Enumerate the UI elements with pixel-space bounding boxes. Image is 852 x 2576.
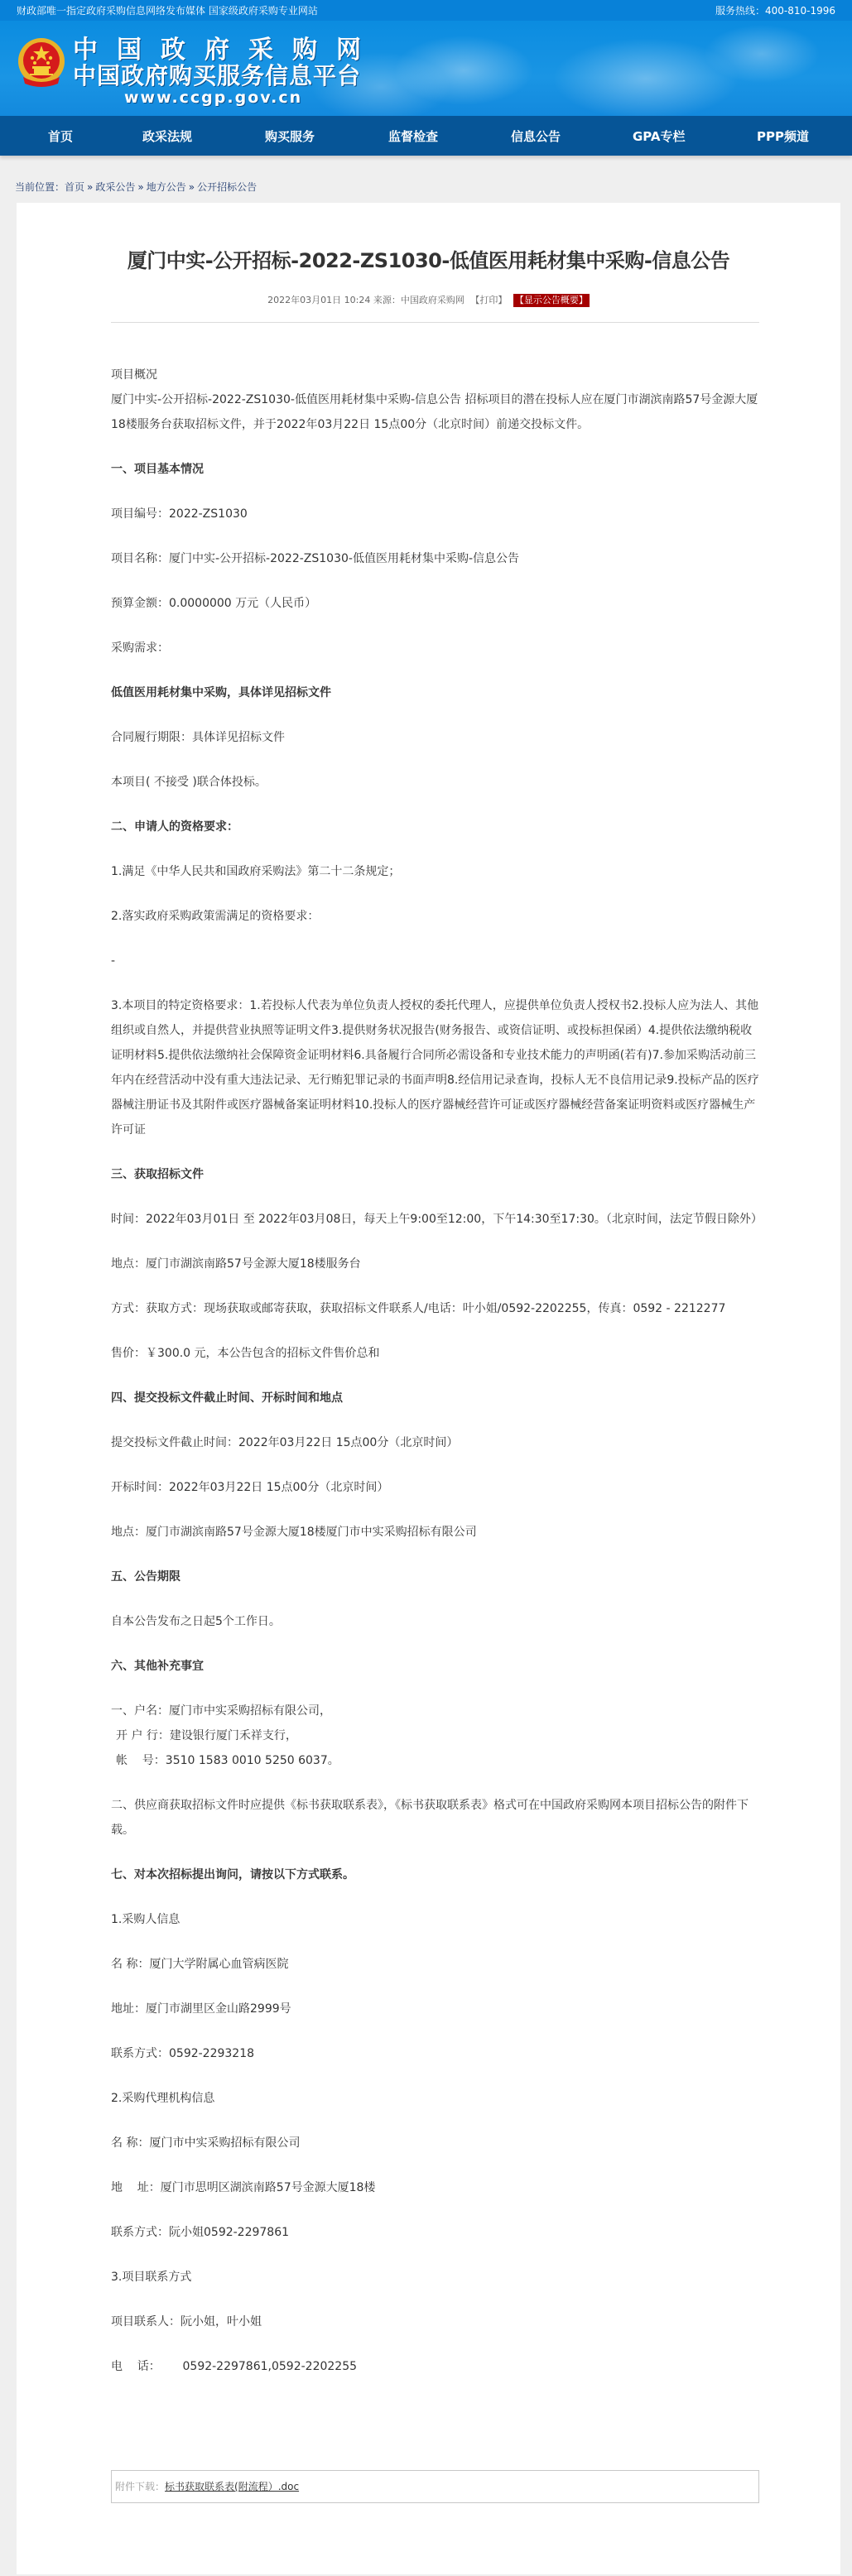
section-3-heading: 三、获取招标文件: [111, 1162, 759, 1187]
top-strip: 财政部唯一指定政府采购信息网络发布媒体 国家级政府采购专业网站 服务热线：400…: [0, 0, 852, 21]
document-price: 售价：￥300.0 元，本公告包含的招标文件售价总和: [111, 1341, 759, 1366]
section-6-heading: 六、其他补充事宜: [111, 1654, 759, 1679]
project-contact-heading: 3.项目联系方式: [111, 2265, 759, 2290]
header-banner: 中国政府采购网 中国政府购买服务信息平台 www.ccgp.gov.cn: [0, 21, 852, 116]
breadcrumb-open-tender[interactable]: 公开招标公告: [197, 181, 257, 193]
section-7-heading: 七、对本次招标提出询问，请按以下方式联系。: [111, 1862, 759, 1887]
site-slogan: 财政部唯一指定政府采购信息网络发布媒体 国家级政府采购专业网站: [17, 3, 318, 17]
nav-item-home[interactable]: 首页: [48, 127, 73, 145]
breadcrumb-local[interactable]: 地方公告: [147, 181, 186, 193]
article-content: 项目概况 厦门中实-公开招标-2022-ZS1030-低值医用耗材集中采购-信息…: [111, 323, 759, 2379]
section-5-heading: 五、公告期限: [111, 1564, 759, 1589]
requirement-2: 2.落实政府采购政策需满足的资格要求：: [111, 904, 759, 929]
nav-item-purchase-services[interactable]: 购买服务: [265, 127, 315, 145]
project-phone: 电 话： 0592-2297861,0592-2202255: [111, 2354, 759, 2379]
logo-title: 中国政府采购网: [73, 37, 380, 64]
agency-heading: 2.采购代理机构信息: [111, 2086, 759, 2111]
procurement-demand-label: 采购需求：: [111, 636, 759, 661]
contract-period: 合同履行期限：具体详见招标文件: [111, 725, 759, 750]
account-name: 一、户名：厦门市中实采购招标有限公司，: [111, 1699, 759, 1723]
attachment-label: 附件下载：: [115, 2481, 165, 2492]
project-name: 项目名称：厦门中实-公开招标-2022-ZS1030-低值医用耗材集中采购-信息…: [111, 546, 759, 571]
budget-amount: 预算金额：0.0000000 万元（人民币）: [111, 591, 759, 616]
national-emblem-icon: [17, 37, 66, 89]
breadcrumb-home[interactable]: 首页: [65, 181, 84, 193]
breadcrumb: 当前位置：首页»政采公告»地方公告»公开招标公告: [0, 156, 852, 203]
agency-name: 名 称：厦门市中实采购招标有限公司: [111, 2131, 759, 2155]
article-source: 来源：中国政府采购网: [373, 295, 465, 305]
article-meta: 2022年03月01日 10:24 来源：中国政府采购网 【打印】 【显示公告概…: [17, 294, 840, 307]
publish-datetime: 2022年03月01日 10:24: [267, 295, 370, 305]
account-number: 帐 号：3510 1583 0010 5250 6037。: [111, 1748, 759, 1773]
nav-item-supervision[interactable]: 监督检查: [388, 127, 438, 145]
section-4-heading: 四、提交投标文件截止时间、开标时间和地点: [111, 1386, 759, 1411]
nav-item-ppp[interactable]: PPP频道: [757, 127, 809, 145]
agency-address: 地 址：厦门市思明区湖滨南路57号金源大厦18楼: [111, 2175, 759, 2200]
breadcrumb-separator: »: [137, 181, 143, 193]
submission-deadline: 提交投标文件截止时间：2022年03月22日 15点00分（北京时间）: [111, 1430, 759, 1455]
breadcrumb-separator: »: [189, 181, 195, 193]
agency-contact: 联系方式：阮小姐0592-2297861: [111, 2220, 759, 2245]
show-summary-button[interactable]: 【显示公告概要】: [513, 294, 590, 307]
logo-url: www.ccgp.gov.cn: [124, 89, 380, 107]
section-1-heading: 一、项目基本情况: [111, 457, 759, 482]
purchaser-address: 地址：厦门市湖里区金山路2999号: [111, 1997, 759, 2021]
site-logo[interactable]: 中国政府采购网 中国政府购买服务信息平台 www.ccgp.gov.cn: [73, 37, 380, 107]
announcement-period: 自本公告发布之日起5个工作日。: [111, 1609, 759, 1634]
section-2-heading: 二、申请人的资格要求：: [111, 815, 759, 839]
obtain-place: 地点：厦门市湖滨南路57号金源大厦18楼服务台: [111, 1252, 759, 1276]
purchaser-heading: 1.采购人信息: [111, 1907, 759, 1932]
procurement-demand-value: 低值医用耗材集中采购，具体详见招标文件: [111, 680, 759, 705]
main-nav: 首页 政采法规 购买服务 监督检查 信息公告 GPA专栏 PPP频道: [0, 116, 852, 156]
nav-item-regulations[interactable]: 政采法规: [142, 127, 192, 145]
requirement-2-value: -: [111, 949, 759, 973]
attachment-download-link[interactable]: 标书获取联系表(附流程）.doc: [165, 2481, 299, 2492]
project-contact-person: 项目联系人：阮小姐，叶小姐: [111, 2309, 759, 2334]
obtain-time: 时间：2022年03月01日 至 2022年03月08日，每天上午9:00至12…: [111, 1207, 759, 1232]
requirement-1: 1.满足《中华人民共和国政府采购法》第二十二条规定；: [111, 859, 759, 884]
service-hotline: 服务热线：400-810-1996: [715, 3, 835, 17]
overview-heading: 项目概况: [111, 363, 759, 387]
breadcrumb-prefix: 当前位置：: [15, 181, 65, 193]
logo-subtitle: 中国政府购买服务信息平台: [73, 64, 380, 89]
overview-text: 厦门中实-公开招标-2022-ZS1030-低值医用耗材集中采购-信息公告 招标…: [111, 387, 759, 437]
opening-place: 地点：厦门市湖滨南路57号金源大厦18楼厦门市中实采购招标有限公司: [111, 1520, 759, 1545]
purchaser-contact: 联系方式：0592-2293218: [111, 2041, 759, 2066]
bank-name: 开 户 行：建设银行厦门禾祥支行，: [111, 1723, 759, 1748]
supplementary-note-2: 二、供应商获取招标文件时应提供《标书获取联系表》，《标书获取联系表》格式可在中国…: [111, 1793, 759, 1843]
obtain-method: 方式：获取方式：现场获取或邮寄获取，获取招标文件联系人/电话：叶小姐/0592-…: [111, 1296, 759, 1321]
nav-item-announcements[interactable]: 信息公告: [511, 127, 561, 145]
breadcrumb-gov-procurement[interactable]: 政采公告: [95, 181, 135, 193]
breadcrumb-separator: »: [87, 181, 93, 193]
purchaser-name: 名 称：厦门大学附属心血管病医院: [111, 1952, 759, 1977]
page-title: 厦门中实-公开招标-2022-ZS1030-低值医用耗材集中采购-信息公告: [17, 244, 840, 277]
opening-time: 开标时间：2022年03月22日 15点00分（北京时间）: [111, 1475, 759, 1500]
nav-item-gpa[interactable]: GPA专栏: [633, 127, 686, 145]
requirement-3: 3.本项目的特定资格要求：1.若投标人代表为单位负责人授权的委托代理人，应提供单…: [111, 993, 759, 1142]
attachment-box: 附件下载：标书获取联系表(附流程）.doc: [111, 2470, 759, 2503]
article-card: 厦门中实-公开招标-2022-ZS1030-低值医用耗材集中采购-信息公告 20…: [17, 203, 840, 2574]
print-link[interactable]: 【打印】: [470, 295, 507, 305]
project-number: 项目编号：2022-ZS1030: [111, 502, 759, 526]
consortium-policy: 本项目( 不接受 )联合体投标。: [111, 770, 759, 795]
